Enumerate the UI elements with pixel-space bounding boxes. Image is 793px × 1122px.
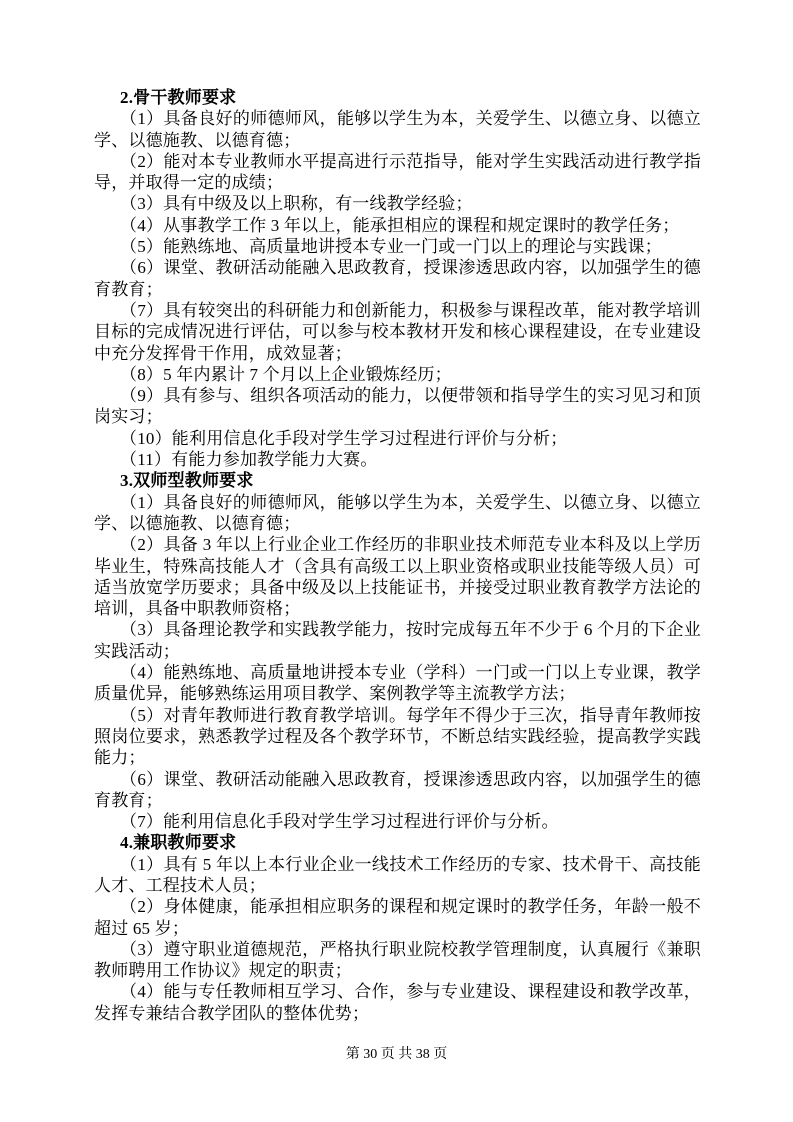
paragraph: （3）遵守职业道德规范，严格执行职业院校教学管理制度，认真履行《兼职教师聘用工作… bbox=[94, 939, 701, 982]
paragraph: （1）具有 5 年以上本行业企业一线技术工作经历的专家、技术骨干、高技能人才、工… bbox=[94, 854, 701, 897]
paragraph: （5）能熟练地、高质量地讲授本专业一门或一门以上的理论与实践课； bbox=[94, 236, 701, 257]
paragraph: （5）对青年教师进行教育教学培训。每学年不得少于三次，指导青年教师按照岗位要求，… bbox=[94, 705, 701, 769]
paragraph: （2）身体健康，能承担相应职务的课程和规定课时的教学任务，年龄一般不超过 65 … bbox=[94, 896, 701, 939]
paragraph: （9）具有参与、组织各项活动的能力，以便带领和指导学生的实习见习和顶岗实习； bbox=[94, 385, 701, 428]
paragraph: （7）能利用信息化手段对学生学习过程进行评价与分析。 bbox=[94, 811, 701, 832]
paragraph: （1）具备良好的师德师风，能够以学生为本，关爱学生、以德立身、以德立学、以德施教… bbox=[94, 108, 701, 151]
section-heading: 2.骨干教师要求 bbox=[94, 87, 701, 108]
paragraph: （4）能熟练地、高质量地讲授本专业（学科）一门或一门以上专业课，教学质量优异，能… bbox=[94, 662, 701, 705]
paragraph: （7）具有较突出的科研能力和创新能力，积极参与课程改革，能对教学培训目标的完成情… bbox=[94, 300, 701, 364]
paragraph: （8）5 年内累计 7 个月以上企业锻炼经历； bbox=[94, 364, 701, 385]
document-body: 2.骨干教师要求（1）具备良好的师德师风，能够以学生为本，关爱学生、以德立身、以… bbox=[94, 87, 701, 1024]
page-footer: 第 30 页 共 38 页 bbox=[0, 1046, 793, 1064]
document-page: 2.骨干教师要求（1）具备良好的师德师风，能够以学生为本，关爱学生、以德立身、以… bbox=[0, 0, 793, 1122]
paragraph: （4）能与专任教师相互学习、合作，参与专业建设、课程建设和教学改革，发挥专兼结合… bbox=[94, 981, 701, 1024]
paragraph: （3）具有中级及以上职称，有一线教学经验； bbox=[94, 193, 701, 214]
paragraph: （10）能利用信息化手段对学生学习过程进行评价与分析； bbox=[94, 428, 701, 449]
section-heading: 3.双师型教师要求 bbox=[94, 470, 701, 491]
paragraph: （4）从事教学工作 3 年以上，能承担相应的课程和规定课时的教学任务； bbox=[94, 215, 701, 236]
paragraph: （2）能对本专业教师水平提高进行示范指导，能对学生实践活动进行教学指导，并取得一… bbox=[94, 151, 701, 194]
paragraph: （6）课堂、教研活动能融入思政教育，授课渗透思政内容，以加强学生的德育教育； bbox=[94, 257, 701, 300]
paragraph: （2）具备 3 年以上行业企业工作经历的非职业技术师范专业本科及以上学历毕业生，… bbox=[94, 534, 701, 619]
paragraph: （6）课堂、教研活动能融入思政教育，授课渗透思政内容，以加强学生的德育教育； bbox=[94, 769, 701, 812]
section-heading: 4.兼职教师要求 bbox=[94, 832, 701, 853]
paragraph: （3）具备理论教学和实践教学能力，按时完成每五年不少于 6 个月的下企业实践活动… bbox=[94, 619, 701, 662]
paragraph: （11）有能力参加教学能力大赛。 bbox=[94, 449, 701, 470]
paragraph: （1）具备良好的师德师风，能够以学生为本，关爱学生、以德立身、以德立学、以德施教… bbox=[94, 492, 701, 535]
